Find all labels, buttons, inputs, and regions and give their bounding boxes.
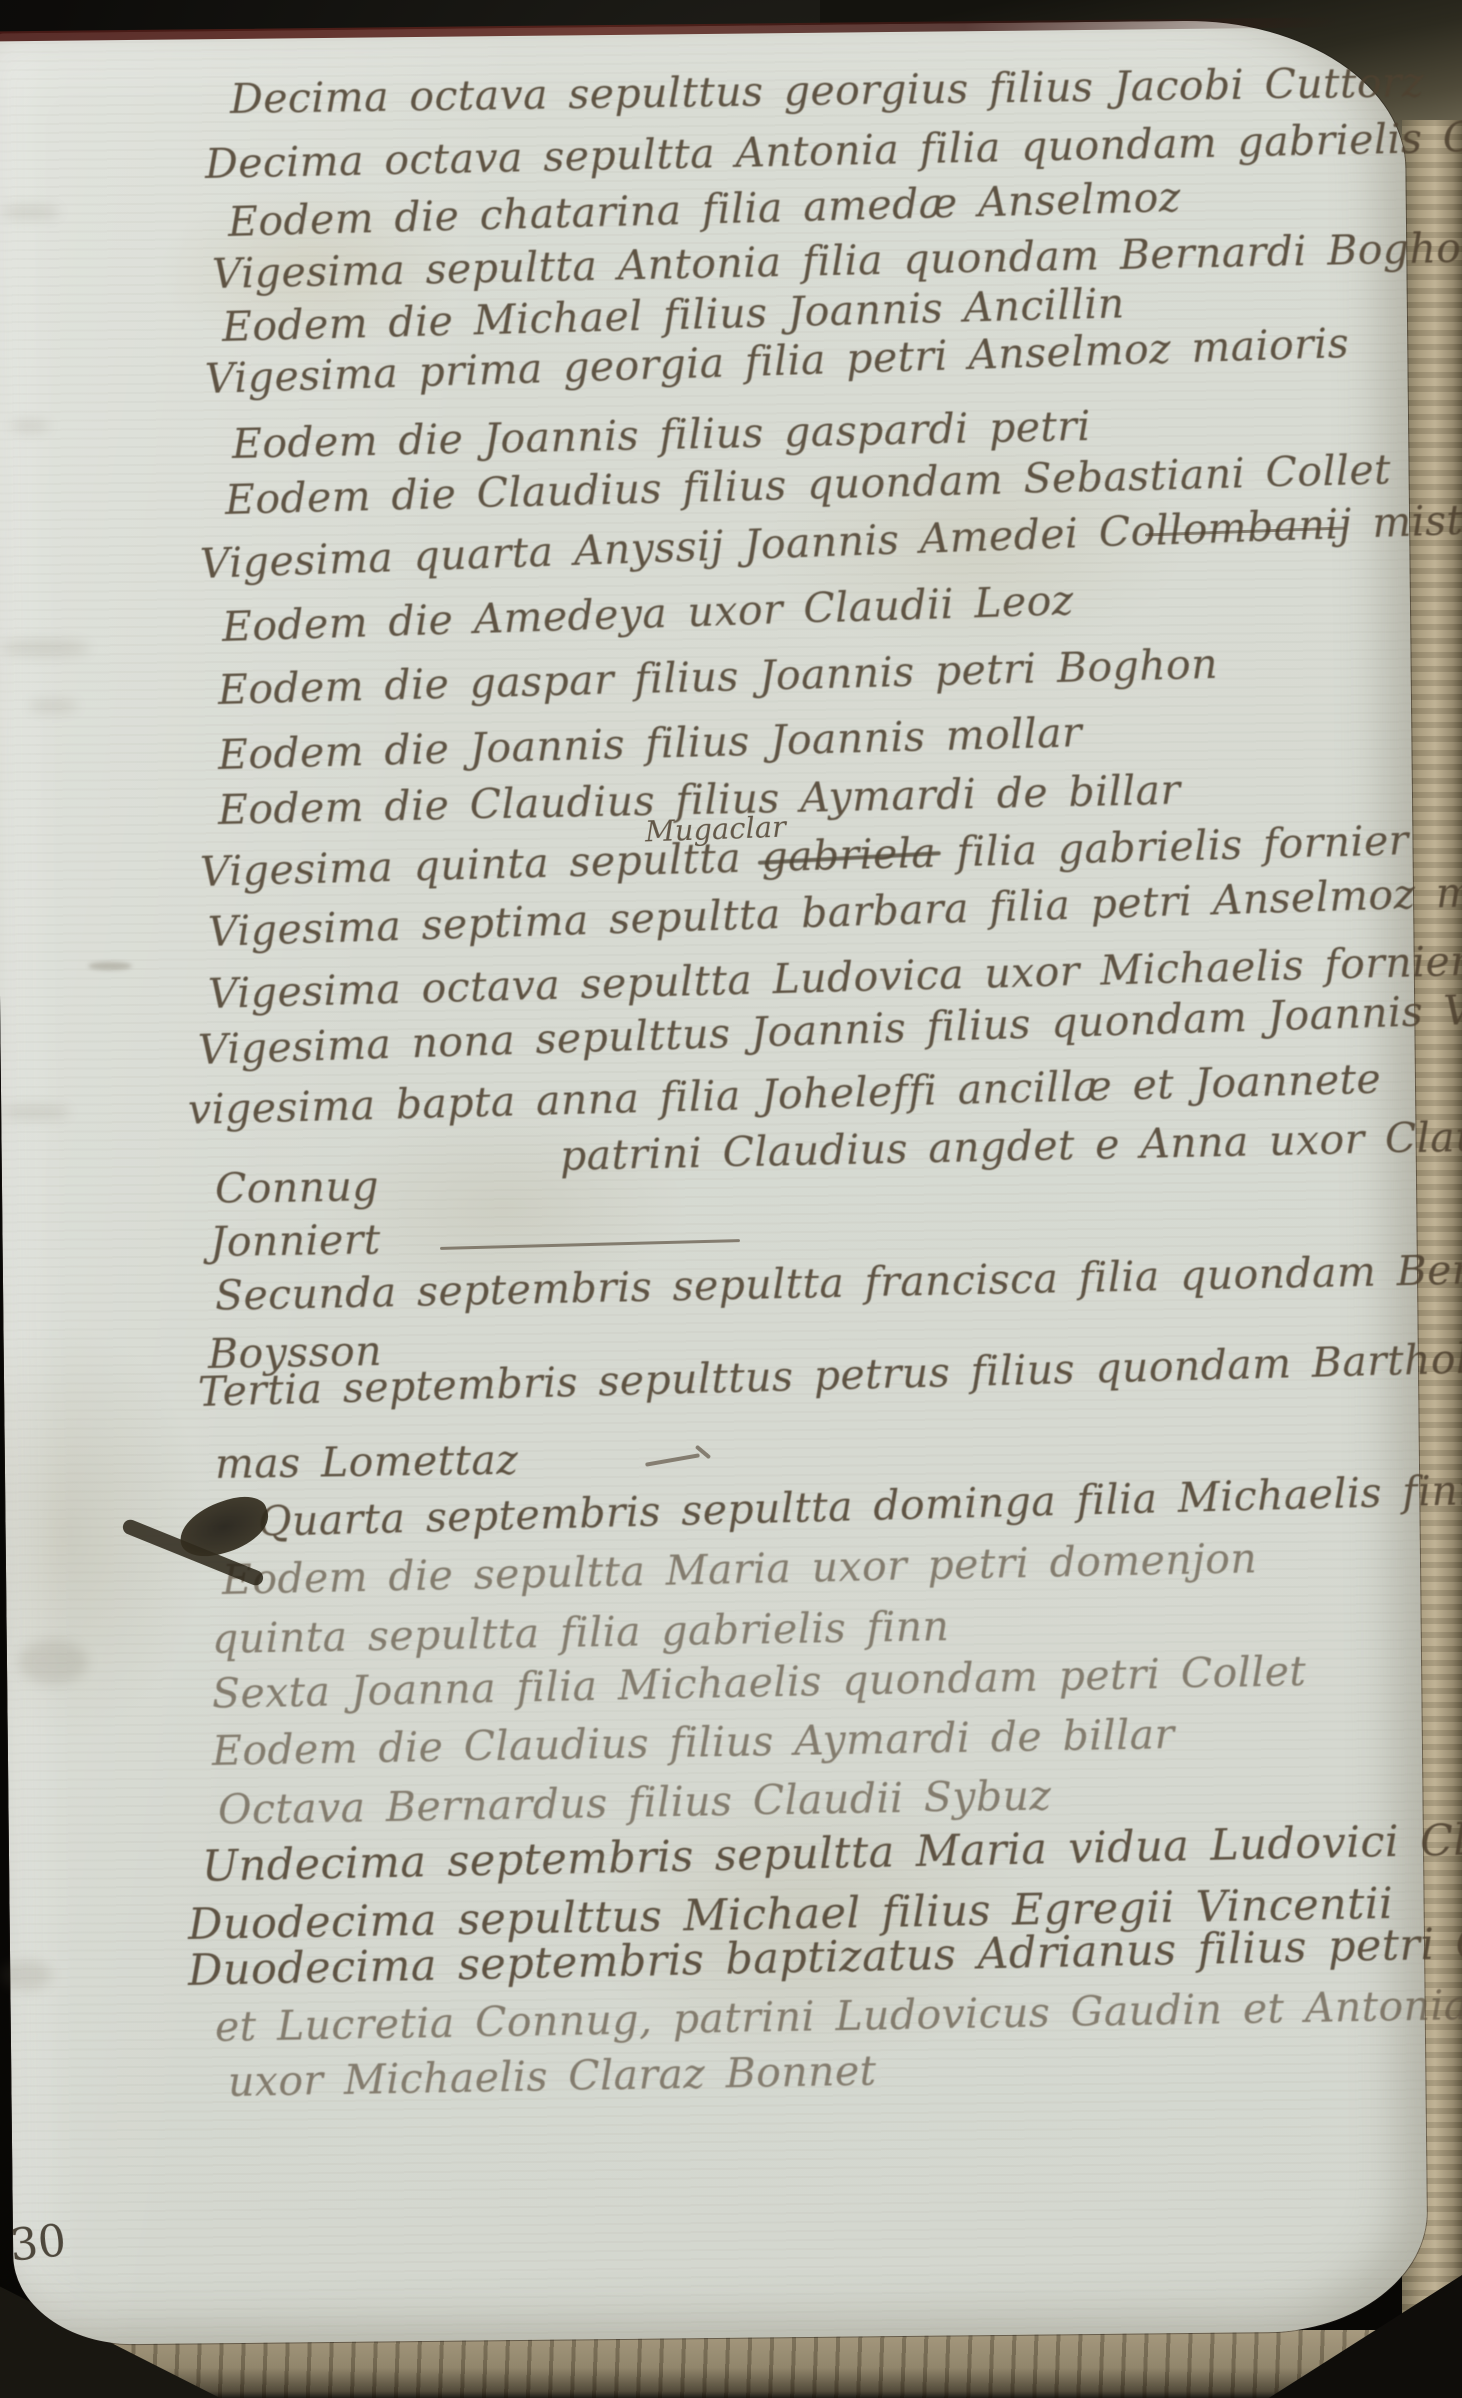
margin-dash: [88, 962, 132, 970]
show-through-mark: [10, 420, 50, 432]
line-pre: Vigesima quinta sepultta: [199, 833, 762, 896]
manuscript-line: Jonniert: [210, 1216, 381, 1266]
show-through-mark: [0, 1960, 52, 1990]
manuscript-line: Eodem die Claudius filius Aymardi de bil…: [212, 1710, 1175, 1775]
page-number: 30: [7, 2215, 68, 2272]
handwritten-text-layer: Decima octava sepulttus georgius filius …: [0, 0, 1462, 2398]
manuscript-line: Eodem die sepultta Maria uxor petri dome…: [221, 1534, 1257, 1604]
show-through-mark: [28, 700, 78, 712]
manuscript-line: Eodem die Amedeya uxor Claudii Leoz: [221, 576, 1074, 651]
manuscript-line: Eodem die Joannis filius Joannis mollar: [217, 708, 1082, 779]
manuscript-line: Secunda septembris sepultta francisca fi…: [214, 1243, 1462, 1320]
manuscript-line: Decima octava sepultta Antonia filia quo…: [204, 111, 1462, 188]
manuscript-line: Connug: [215, 1162, 380, 1213]
manuscript-line: quinta sepultta filia gabrielis finn: [212, 1602, 950, 1663]
manuscript-line: Eodem die gaspar filius Joannis petri Bo…: [217, 640, 1218, 714]
manuscript-line: uxor Michaelis Claraz Bonnet: [228, 2047, 877, 2106]
manuscript-line: Octava Bernardus filius Claudii Sybuz: [218, 1771, 1052, 1834]
photo-of-parish-register-page: Decima octava sepulttus georgius filius …: [0, 0, 1462, 2398]
show-through-mark: [0, 1105, 70, 1119]
manuscript-line: Decima octava sepulttus georgius filius …: [230, 58, 1425, 123]
manuscript-line: patrini Claudius angdet e Anna uxor Clau…: [559, 1112, 1462, 1180]
manuscript-line: Tertia septembris sepulttus petrus filiu…: [197, 1334, 1462, 1416]
manuscript-line: et Lucretia Connug, patrini Ludovicus Ga…: [215, 1981, 1462, 2051]
struck-word: gabriela: [761, 829, 937, 882]
show-through-mark: [0, 640, 90, 656]
stain: [18, 1640, 88, 1684]
line-post: filia gabrielis fornier: [935, 816, 1409, 876]
manuscript-line: mas Lomettaz: [215, 1436, 519, 1488]
show-through-mark: [0, 205, 60, 219]
